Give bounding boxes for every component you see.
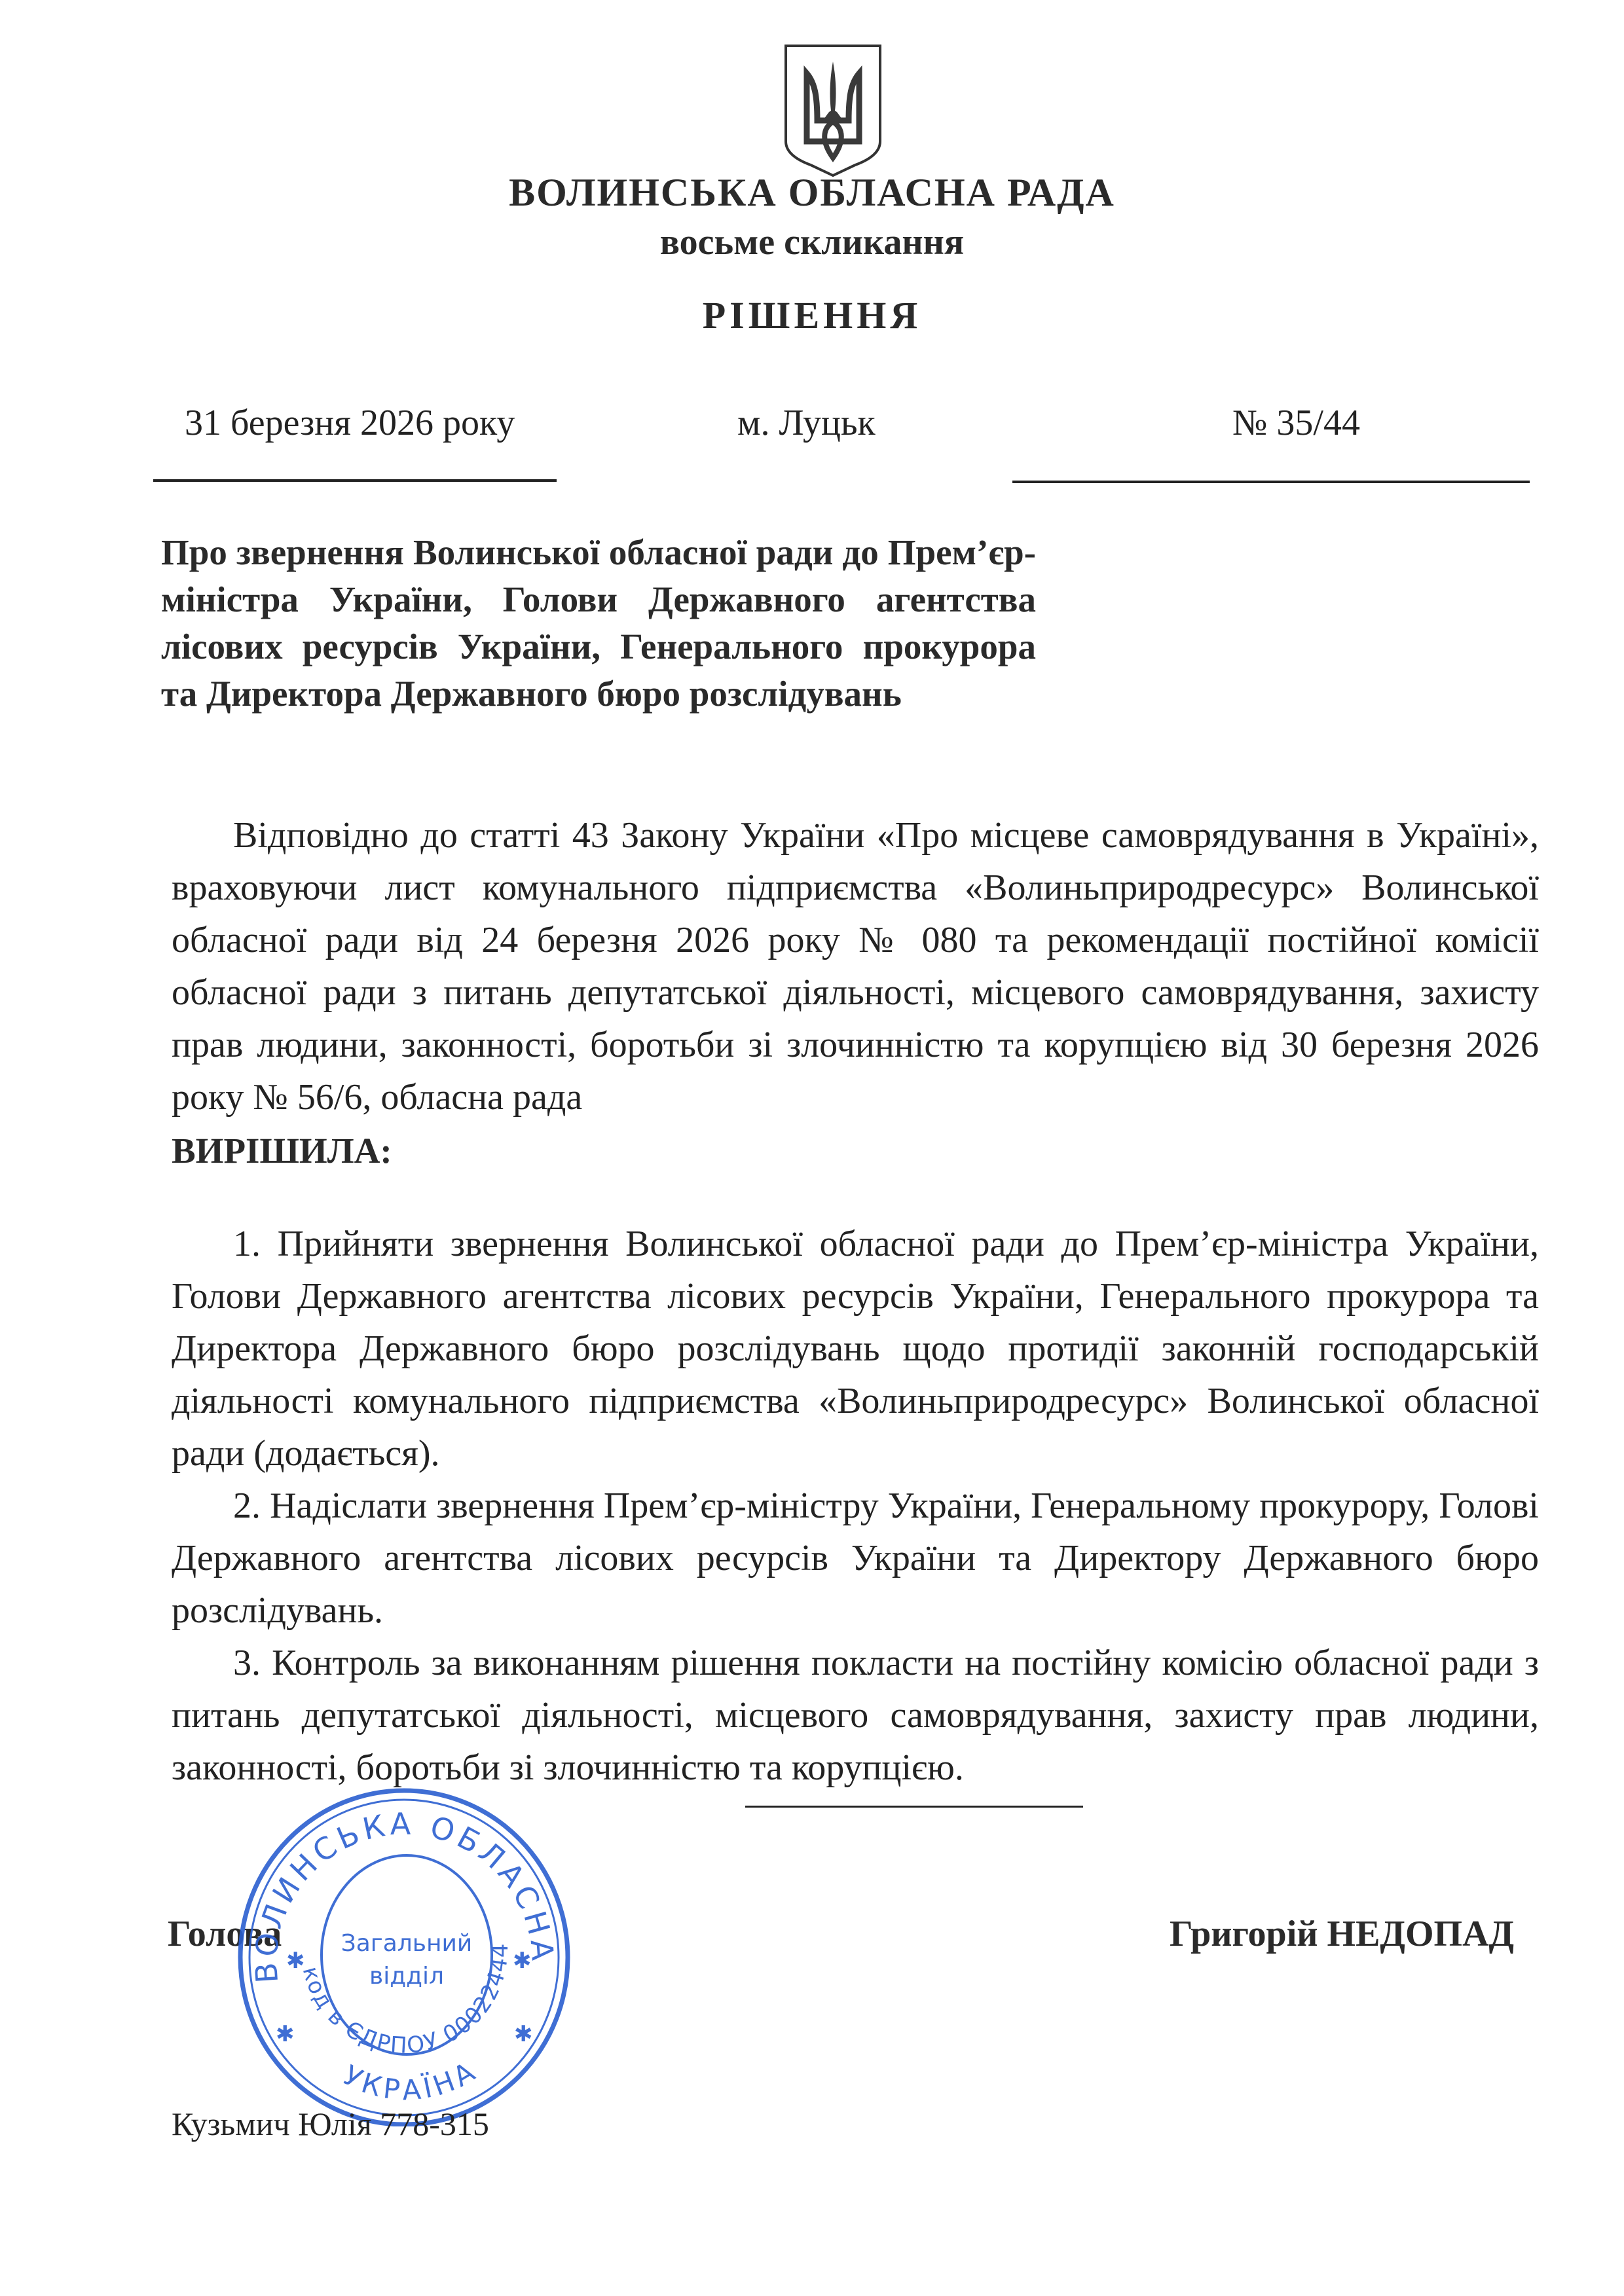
stamp-bottom-text: УКРАЇНА (339, 2054, 484, 2106)
svg-text:✱: ✱ (513, 1949, 532, 1973)
coat-of-arms-icon (783, 43, 883, 177)
preamble: Відповідно до статті 43 Закону України «… (172, 809, 1539, 1123)
svg-text:✱: ✱ (514, 2022, 533, 2047)
number-underline (1012, 481, 1530, 483)
convocation: восьме скликання (0, 221, 1624, 263)
document-type: РІШЕННЯ (0, 293, 1624, 337)
decision-number: № 35/44 (1232, 402, 1360, 444)
decision-item-3: 3. Контроль за виконанням рішення поклас… (172, 1637, 1539, 1794)
svg-text:УКРАЇНА: УКРАЇНА (339, 2054, 484, 2106)
decision-date: 31 березня 2026 року (185, 402, 515, 444)
svg-text:✱: ✱ (286, 1949, 305, 1973)
end-separator (745, 1806, 1083, 1808)
decision-item-2: 2. Надіслати звернення Прем’єр-міністру … (172, 1480, 1539, 1637)
preamble-text: Відповідно до статті 43 Закону України «… (172, 809, 1539, 1123)
svg-text:✱: ✱ (276, 2022, 295, 2047)
organization-name: ВОЛИНСЬКА ОБЛАСНА РАДА (0, 170, 1624, 215)
decision-city: м. Луцьк (737, 402, 876, 444)
date-underline (153, 479, 557, 482)
stamp-center-line2: відділ (369, 1963, 444, 1990)
decision-items: 1. Прийняти звернення Волинської обласно… (172, 1218, 1539, 1794)
decided-heading: ВИРІШИЛА: (172, 1130, 392, 1171)
official-stamp-icon: ВОЛИНСЬКА ОБЛАСНА РАДА код в ЄДРПОУ 0002… (232, 1786, 573, 2126)
stamp-center-line1: Загальний (341, 1930, 473, 1957)
stamp-code-text: код в ЄДРПОУ 00022444 (297, 1942, 513, 2059)
decision-subject: Про звернення Волинської обласної ради д… (161, 529, 1036, 718)
signatory-name: Григорій НЕДОПАД (1170, 1913, 1514, 1955)
contact-person: Кузьмич Юлія 778-315 (172, 2105, 489, 2143)
svg-text:код в ЄДРПОУ 00022444: код в ЄДРПОУ 00022444 (297, 1942, 513, 2059)
decision-item-1: 1. Прийняти звернення Волинської обласно… (172, 1218, 1539, 1480)
